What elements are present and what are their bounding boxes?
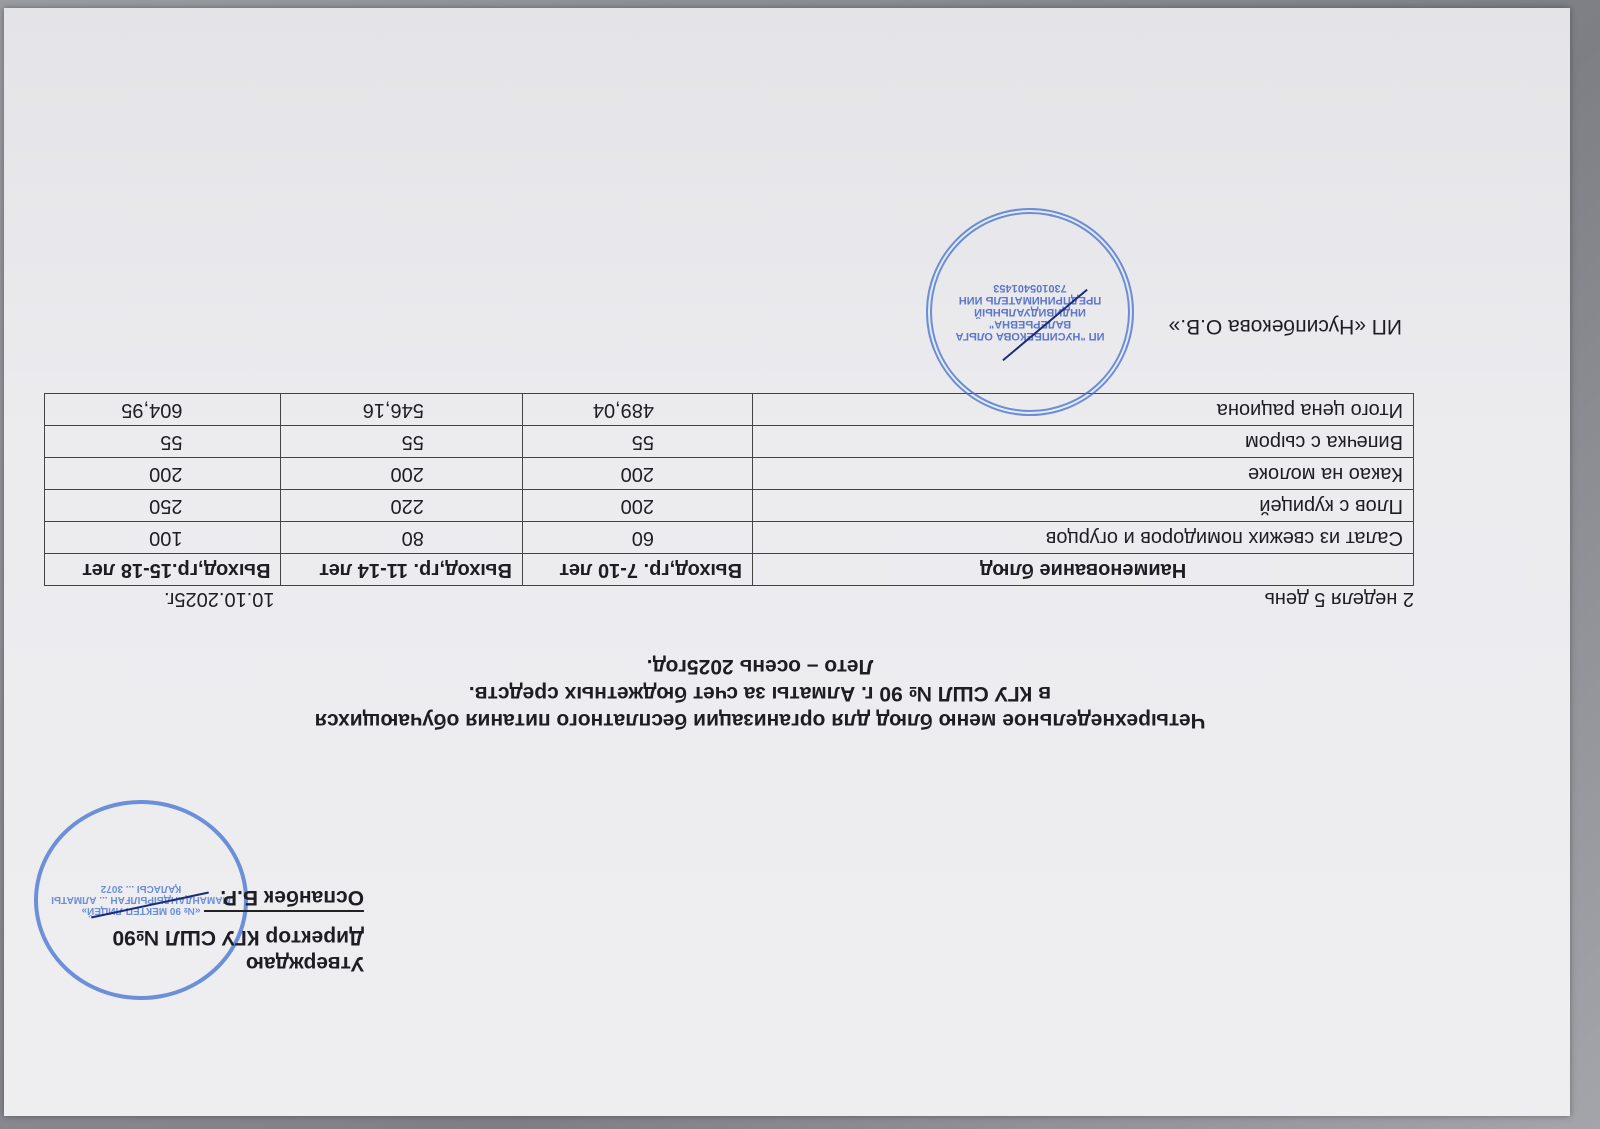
supplier-label: ИП «Нусипбекова О.В.» bbox=[1169, 314, 1402, 338]
portion-7-10: 55 bbox=[522, 426, 752, 458]
title-line-2: в КГУ СШЛ № 90 г. Алматы за счет бюджетн… bbox=[280, 680, 1240, 707]
portion-11-14: 80 bbox=[281, 522, 522, 554]
portion-7-10: 200 bbox=[522, 490, 752, 522]
approval-name: Оспанбек Б.Р. bbox=[44, 884, 364, 910]
dish-name: Випечка с сыром bbox=[753, 426, 1414, 458]
table-row: Плов с курицей 200 220 250 bbox=[45, 490, 1414, 522]
portion-15-18: 200 bbox=[45, 458, 281, 490]
portion-15-18: 100 bbox=[45, 522, 281, 554]
total-row: Итого цена рациона 489,04 546,16 604,95 bbox=[45, 394, 1414, 426]
table-header-row: Наименование блюд Выход,гр. 7-10 лет Вых… bbox=[45, 554, 1414, 586]
supplier-stamp-text: ИП "НУСИПБЕКОВА ОЛЬГА ВАЛЕРЬЕВНА" ИНДИВИ… bbox=[932, 282, 1128, 342]
title-line-1: Четырехнедельное меню блюд для организац… bbox=[280, 707, 1240, 734]
paper-sheet: «№ 90 МЕКТЕП-ЛИЦЕЙ» МАМАНДАНДЫРЫЛҒАН ...… bbox=[4, 8, 1570, 1116]
portion-11-14: 200 bbox=[281, 458, 522, 490]
total-15-18: 604,95 bbox=[45, 394, 281, 426]
portion-7-10: 200 bbox=[522, 458, 752, 490]
document-page: «№ 90 МЕКТЕП-ЛИЦЕЙ» МАМАНДАНДЫРЫЛҒАН ...… bbox=[4, 8, 1570, 1116]
header-dish-name: Наименование блюд bbox=[753, 554, 1414, 586]
portion-7-10: 60 bbox=[522, 522, 752, 554]
menu-meta: 2 неделя 5 день 10.10.2025г. bbox=[164, 587, 1414, 610]
approval-block: Утверждаю Директор КГУ СШЛ №90 Оспанбек … bbox=[44, 884, 364, 976]
header-11-14: Выход,гр. 11-14 лет bbox=[281, 554, 522, 586]
approval-heading: Утверждаю bbox=[44, 950, 364, 976]
title-line-3: Лето – осень 2025год. bbox=[280, 653, 1240, 680]
signature-line bbox=[204, 910, 364, 920]
photo-background: «№ 90 МЕКТЕП-ЛИЦЕЙ» МАМАНДАНДЫРЫЛҒАН ...… bbox=[0, 0, 1600, 1129]
total-11-14: 546,16 bbox=[281, 394, 522, 426]
menu-table: Наименование блюд Выход,гр. 7-10 лет Вых… bbox=[44, 393, 1414, 586]
approval-position: Директор КГУ СШЛ №90 bbox=[44, 924, 364, 950]
header-7-10: Выход,гр. 7-10 лет bbox=[522, 554, 752, 586]
document-title: Четырехнедельное меню блюд для организац… bbox=[280, 653, 1240, 734]
portion-15-18: 55 bbox=[45, 426, 281, 458]
dish-name: Какао на молоке bbox=[753, 458, 1414, 490]
portion-15-18: 250 bbox=[45, 490, 281, 522]
table-row: Какао на молоке 200 200 200 bbox=[45, 458, 1414, 490]
supplier-stamp: ИП "НУСИПБЕКОВА ОЛЬГА ВАЛЕРЬЕВНА" ИНДИВИ… bbox=[926, 208, 1134, 416]
dish-name: Плов с курицей bbox=[753, 490, 1414, 522]
header-15-18: Выход,гр.15-18 лет bbox=[45, 554, 281, 586]
portion-11-14: 55 bbox=[281, 426, 522, 458]
week-day-label: 2 неделя 5 день bbox=[1264, 587, 1414, 610]
portion-11-14: 220 bbox=[281, 490, 522, 522]
dish-name: Салат из свежих помидоров и огурцов bbox=[753, 522, 1414, 554]
table-row: Салат из свежих помидоров и огурцов 60 8… bbox=[45, 522, 1414, 554]
total-7-10: 489,04 bbox=[522, 394, 752, 426]
menu-date: 10.10.2025г. bbox=[164, 587, 275, 610]
table-row: Випечка с сыром 55 55 55 bbox=[45, 426, 1414, 458]
